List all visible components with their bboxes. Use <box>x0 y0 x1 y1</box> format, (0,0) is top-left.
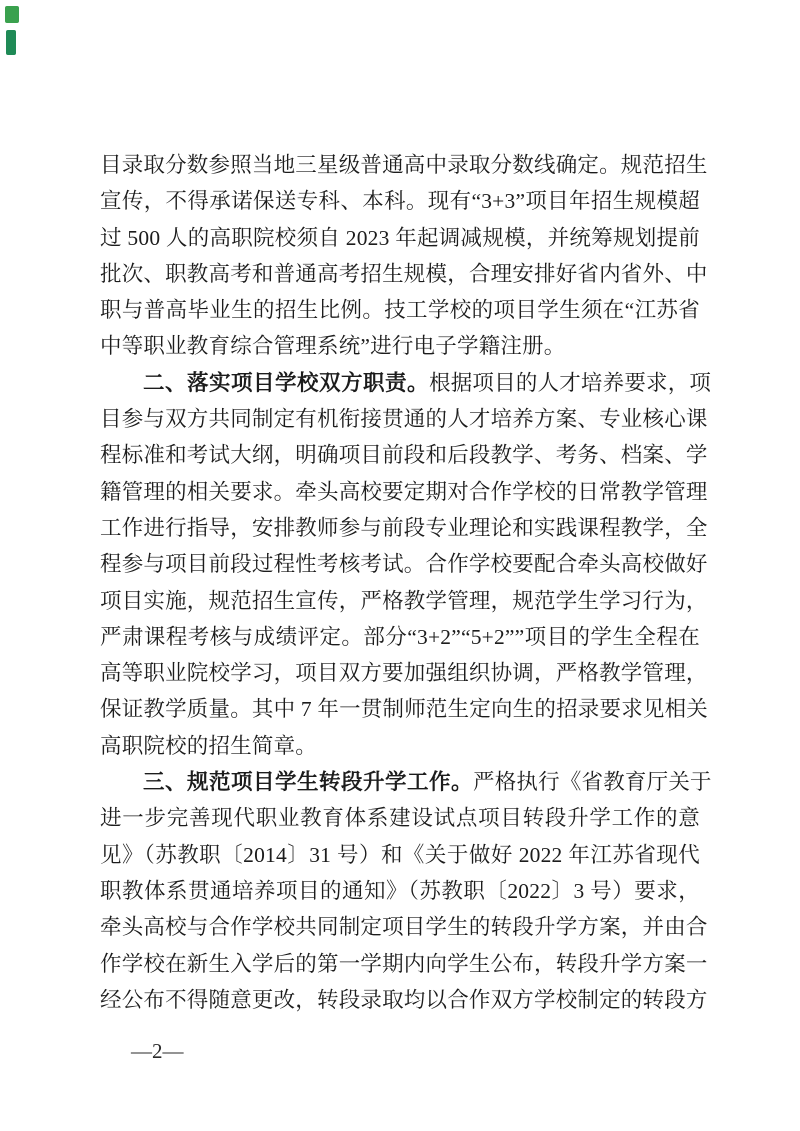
text-line: 中等职业教育综合管理系统”进行电子学籍注册。 <box>100 328 700 364</box>
text-line: 职教体系贯通培养项目的通知》（苏教职〔2022〕3 号）要求， <box>100 873 700 909</box>
text-line: 目录取分数参照当地三星级普通高中录取分数线确定。规范招生 <box>100 147 700 183</box>
text-line: 程标准和考试大纲，明确项目前段和后段教学、考务、档案、学 <box>100 437 700 473</box>
text-line: 见》（苏教职〔2014〕31 号）和《关于做好 2022 年江苏省现代 <box>100 837 700 873</box>
text-line: 高等职业院校学习，项目双方要加强组织协调，严格教学管理， <box>100 655 700 691</box>
text-line: 程参与项目前段过程性考核考试。合作学校要配合牵头高校做好 <box>100 546 700 582</box>
text-line: 宣传，不得承诺保送专科、本科。现有“3+3”项目年招生规模超 <box>100 183 700 219</box>
document-page: 目录取分数参照当地三星级普通高中录取分数线确定。规范招生宣传，不得承诺保送专科、… <box>0 0 800 1131</box>
text-line: 经公布不得随意更改，转段录取均以合作双方学校制定的转段方 <box>100 982 700 1018</box>
page-number: —2— <box>131 1036 184 1066</box>
text-line: 工作进行指导，安排教师参与前段专业理论和实践课程教学，全 <box>100 510 700 546</box>
text-line: 批次、职教高考和普通高考招生规模，合理安排好省内省外、中 <box>100 256 700 292</box>
document-body: 目录取分数参照当地三星级普通高中录取分数线确定。规范招生宣传，不得承诺保送专科、… <box>100 147 700 1018</box>
text-line: 进一步完善现代职业教育体系建设试点项目转段升学工作的意 <box>100 800 700 836</box>
text-line: 二、落实项目学校双方职责。根据项目的人才培养要求，项 <box>100 365 700 401</box>
text-line: 作学校在新生入学后的第一学期内向学生公布，转段升学方案一 <box>100 946 700 982</box>
text-line: 严肃课程考核与成绩评定。部分“3+2”“5+2””项目的学生全程在 <box>100 619 700 655</box>
text-line: 高职院校的招生简章。 <box>100 728 700 764</box>
text-line: 目参与双方共同制定有机衔接贯通的人才培养方案、专业核心课 <box>100 401 700 437</box>
text-line: 牵头高校与合作学校共同制定项目学生的转段升学方案，并由合 <box>100 909 700 945</box>
text-line: 职与普高毕业生的招生比例。技工学校的项目学生须在“江苏省 <box>100 292 700 328</box>
text-line: 籍管理的相关要求。牵头高校要定期对合作学校的日常教学管理 <box>100 474 700 510</box>
text-line: 三、规范项目学生转段升学工作。严格执行《省教育厅关于 <box>100 764 700 800</box>
section-heading: 二、落实项目学校双方职责。 <box>143 371 429 395</box>
text-line: 项目实施，规范招生宣传，严格教学管理，规范学生学习行为， <box>100 583 700 619</box>
scan-artifact <box>5 6 19 23</box>
text-line: 保证教学质量。其中 7 年一贯制师范生定向生的招录要求见相关 <box>100 691 700 727</box>
section-heading: 三、规范项目学生转段升学工作。 <box>143 770 473 794</box>
scan-artifact <box>6 30 16 55</box>
text-line: 过 500 人的高职院校须自 2023 年起调减规模，并统筹规划提前 <box>100 220 700 256</box>
